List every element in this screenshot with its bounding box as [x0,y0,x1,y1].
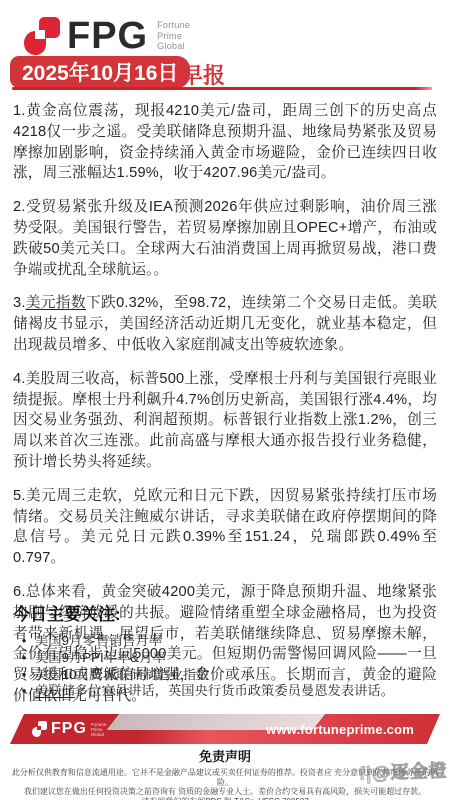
fpg-logo-icon-footer [32,721,47,737]
bullet-icon: • [13,650,35,667]
bullet-icon: • [13,633,35,650]
edition-label: 早报 [181,59,225,90]
fpg-wordmark: FPG [67,17,148,55]
focus-section: 今日主要关注: • 美国9月零售销售月率 • 美国9月PPI年率&月率 • 美国… [13,600,437,700]
news-item-1: 1.黄金高位震荡，现报4210美元/盎司，距周三创下的历史高点4218仅一步之遥… [13,101,437,184]
footer-banner: FPG Fortune Prime Global www.fortuneprim… [10,714,440,744]
header-divider [12,87,432,90]
watermark: f|@逐金橙 [359,756,448,785]
underlined-term: 美元指数 [26,295,86,311]
morning-report-poster: FPG Fortune Prime Global 2025年10月16日 早报 … [0,0,450,800]
focus-bullet-3: • 美国10月费城联储制造业指数 [13,667,437,684]
fpg-logo-subtitle: Fortune Prime Global [157,20,190,52]
date-banner: 2025年10月16日 [10,56,190,88]
news-item-5: 5.美元周三走软，兑欧元和日元下跌，因贸易紧张持续打压市场情绪。交易员关注鲍威尔… [13,486,437,569]
header-logo: FPG Fortune Prime Global [24,17,190,55]
bullet-icon: • [13,683,35,700]
focus-bullet-1: • 美国9月零售销售月率 [13,633,437,650]
focus-bullet-4: • 美联储多位官员讲话，英国央行货币政策委员曼恩发表讲话。 [13,683,437,700]
news-item-2: 2.受贸易紧张升级及IEA预测2026年供应过剩影响，油价周三涨势受限。美国银行… [13,197,437,280]
fpg-logo-icon [24,17,60,55]
focus-bullet-2: • 美国9月PPI年率&月率 [13,650,437,667]
disclaimer-line-2: 我们建议您在做出任何投资决策之前咨询有 资质的金融专业人士。差价合约交易具有高风… [0,787,450,797]
fpg-logo-subtitle-footer: Fortune Prime Global [91,722,107,737]
news-item-3: 3.美元指数下跌0.32%，至98.72，连续第二个交易日走低。美联储褐皮书显示… [13,293,437,355]
focus-heading: 今日主要关注: [13,600,437,625]
underlined-term: 美联储 [35,683,75,698]
news-item-4: 4.美股周三收高，标普500上涨，受摩根士丹利与美国银行亮眼业绩提振。摩根士丹利… [13,369,437,473]
bullet-icon: • [13,667,35,684]
footer-logo: FPG Fortune Prime Global [32,720,106,738]
website-link: www.fortuneprime.com [266,722,414,737]
fpg-wordmark-footer: FPG [51,720,87,738]
